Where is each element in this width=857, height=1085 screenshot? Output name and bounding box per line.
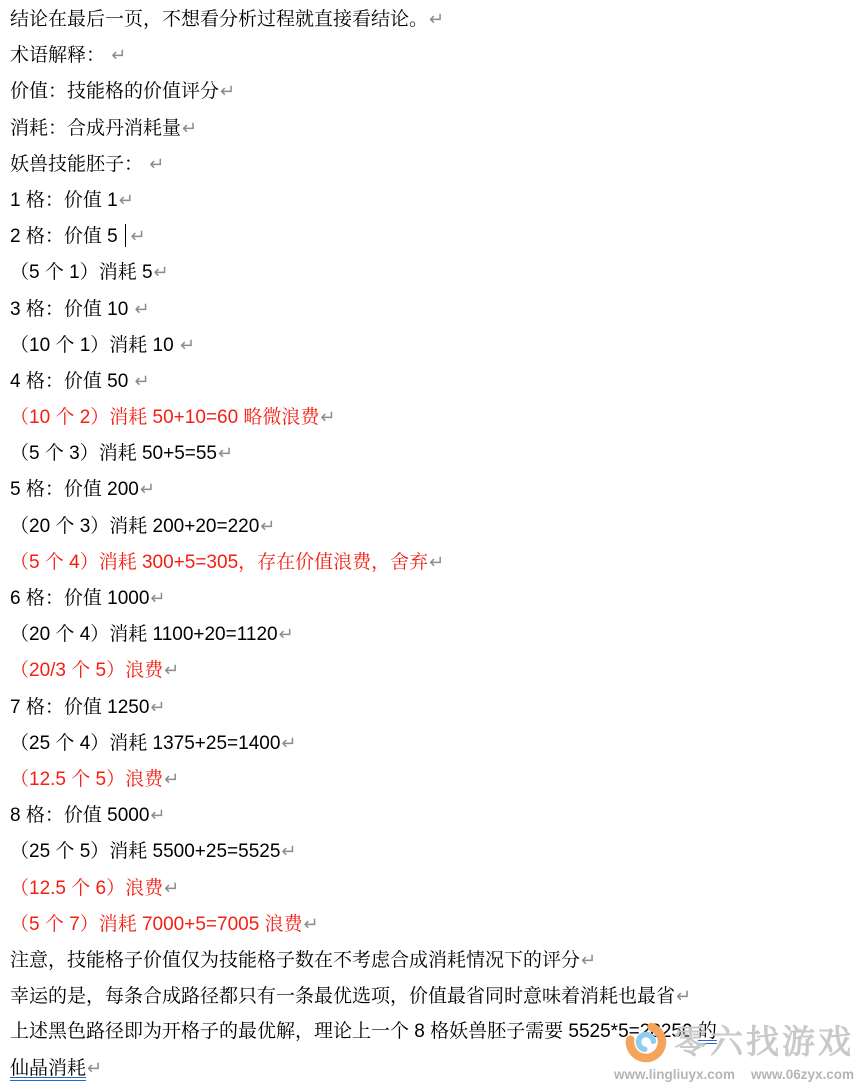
paragraph[interactable]: 8 格：价值 5000↵ [10,797,849,833]
paragraph[interactable]: 妖兽技能胚子： ↵ [10,146,849,182]
paragraph[interactable]: 术语解释： ↵ [10,37,849,73]
paragraph-mark-icon: ↵ [280,841,296,861]
watermark-logo-text: 零六找游戏 [674,1024,854,1060]
paragraph-mark-icon: ↵ [217,443,233,463]
paragraph[interactable]: 6 格：价值 1000↵ [10,580,849,616]
paragraph-mark-icon: ↵ [179,335,195,355]
paragraph[interactable]: （5 个 3）消耗 50+5=55↵ [10,435,849,471]
text-segment: （5 个 1）消耗 5 [10,262,153,283]
paragraph-mark-icon: ↵ [148,154,164,174]
paragraph-mark-icon: ↵ [149,805,165,825]
text-segment: （25 个 4）消耗 1375+25=1400 [10,733,280,754]
text-segment: 3 格：价值 10 [10,299,134,320]
text-segment: 1 格：价值 1 [10,190,118,211]
paragraph[interactable]: 2 格：价值 5 ↵ [10,218,849,254]
text-segment: （5 个 4）消耗 300+5=305，存在价值浪费，舍弃 [10,552,428,573]
paragraph-mark-icon: ↵ [153,262,169,282]
watermark-url-2: www.06zyx.com [751,1067,854,1082]
paragraph-mark-icon: ↵ [319,407,335,427]
paragraph-mark-icon: ↵ [163,878,179,898]
watermark: 零六找游戏 www.lingliuyx.com www.06zyx.com [614,1019,854,1082]
text-segment: 术语解释： [10,45,110,66]
paragraph[interactable]: （10 个 1）消耗 10 ↵ [10,327,849,363]
paragraph-mark-icon: ↵ [163,769,179,789]
paragraph[interactable]: （20 个 4）消耗 1100+20=1120↵ [10,616,849,652]
text-segment: 价值：技能格的价值评分 [10,81,219,102]
paragraph[interactable]: （5 个 1）消耗 5↵ [10,254,849,290]
text-segment: （10 个 2）消耗 50+10=60 略微浪费 [10,407,319,428]
paragraph[interactable]: （20 个 3）消耗 200+20=220↵ [10,508,849,544]
paragraph-mark-icon: ↵ [428,552,444,572]
paragraph[interactable]: 3 格：价值 10 ↵ [10,291,849,327]
text-segment: 7 格：价值 1250 [10,697,149,718]
text-segment: 5 格：价值 200 [10,479,139,500]
paragraph[interactable]: 结论在最后一页，不想看分析过程就直接看结论。↵ [10,1,849,37]
text-segment: 消耗：合成丹消耗量 [10,118,181,139]
paragraph[interactable]: 7 格：价值 1250↵ [10,689,849,725]
text-segment: 结论在最后一页，不想看分析过程就直接看结论。 [10,9,428,30]
paragraph-mark-icon: ↵ [149,697,165,717]
text-segment: （5 个 3）消耗 50+5=55 [10,443,217,464]
text-segment: （10 个 1）消耗 10 [10,335,179,356]
text-segment: （5 个 7）消耗 7000+5=7005 浪费 [10,914,303,935]
paragraph-mark-icon: ↵ [181,118,197,138]
underlined-text-segment: 仙晶消耗 [10,1058,86,1079]
text-segment: 上述黑色路径即为开格子的最优解，理论上一个 8 格妖兽胚子需要 5525*5=2… [10,1021,698,1042]
paragraph[interactable]: 价值：技能格的价值评分↵ [10,73,849,109]
text-segment: （25 个 5）消耗 5500+25=5525 [10,841,280,862]
paragraph[interactable]: （5 个 4）消耗 300+5=305，存在价值浪费，舍弃↵ [10,544,849,580]
text-segment: （20 个 4）消耗 1100+20=1120 [10,624,278,645]
paragraph[interactable]: （25 个 5）消耗 5500+25=5525↵ [10,833,849,869]
document-page[interactable]: 结论在最后一页，不想看分析过程就直接看结论。↵术语解释： ↵价值：技能格的价值评… [0,0,857,1085]
paragraph-mark-icon: ↵ [303,914,319,934]
paragraph[interactable]: （12.5 个 6）浪费↵ [10,870,849,906]
text-segment: 4 格：价值 50 [10,371,134,392]
watermark-url-1: www.lingliuyx.com [614,1067,735,1082]
paragraph-mark-icon: ↵ [428,9,444,29]
paragraph-mark-icon: ↵ [280,733,296,753]
text-segment: 妖兽技能胚子： [10,154,148,175]
paragraph[interactable]: 消耗：合成丹消耗量↵ [10,110,849,146]
paragraph-mark-icon: ↵ [580,950,596,970]
text-segment: 幸运的是，每条合成路径都只有一条最优选项，价值最省同时意味着消耗也最省 [10,986,675,1007]
paragraph-mark-icon: ↵ [110,45,126,65]
paragraph-mark-icon: ↵ [86,1058,102,1078]
paragraph-mark-icon: ↵ [163,660,179,680]
paragraph[interactable]: 幸运的是，每条合成路径都只有一条最优选项，价值最省同时意味着消耗也最省↵ [10,978,849,1014]
watermark-urls: www.lingliuyx.com www.06zyx.com [614,1067,854,1082]
text-segment: 2 格：价值 5 [10,226,123,247]
swirl-logo-icon [622,1019,670,1065]
paragraph-mark-icon: ↵ [139,479,155,499]
paragraph-mark-icon: ↵ [259,516,275,536]
paragraph[interactable]: （20/3 个 5）浪费↵ [10,652,849,688]
paragraph[interactable]: （12.5 个 5）浪费↵ [10,761,849,797]
paragraph[interactable]: 5 格：价值 200↵ [10,471,849,507]
watermark-logo-row: 零六找游戏 [614,1019,854,1065]
paragraph[interactable]: 4 格：价值 50 ↵ [10,363,849,399]
text-segment: （20 个 3）消耗 200+20=220 [10,516,259,537]
paragraph[interactable]: （5 个 7）消耗 7000+5=7005 浪费↵ [10,906,849,942]
text-segment: （12.5 个 5）浪费 [10,769,163,790]
text-segment: （20/3 个 5）浪费 [10,660,163,681]
paragraph-mark-icon: ↵ [134,299,150,319]
text-segment: 6 格：价值 1000 [10,588,149,609]
paragraph[interactable]: 1 格：价值 1↵ [10,182,849,218]
paragraph-mark-icon: ↵ [675,986,691,1006]
paragraph[interactable]: （10 个 2）消耗 50+10=60 略微浪费↵ [10,399,849,435]
paragraph-mark-icon: ↵ [278,624,294,644]
text-segment: 注意，技能格子价值仅为技能格子数在不考虑合成消耗情况下的评分 [10,950,580,971]
paragraph-mark-icon: ↵ [219,81,235,101]
paragraph[interactable]: （25 个 4）消耗 1375+25=1400↵ [10,725,849,761]
paragraph-mark-icon: ↵ [149,588,165,608]
text-cursor [125,224,127,247]
text-segment: 8 格：价值 5000 [10,805,149,826]
text-segment: （12.5 个 6）浪费 [10,878,163,899]
paragraph-mark-icon: ↵ [129,226,145,246]
paragraph-mark-icon: ↵ [134,371,150,391]
paragraph[interactable]: 注意，技能格子价值仅为技能格子数在不考虑合成消耗情况下的评分↵ [10,942,849,978]
paragraph-mark-icon: ↵ [118,190,134,210]
